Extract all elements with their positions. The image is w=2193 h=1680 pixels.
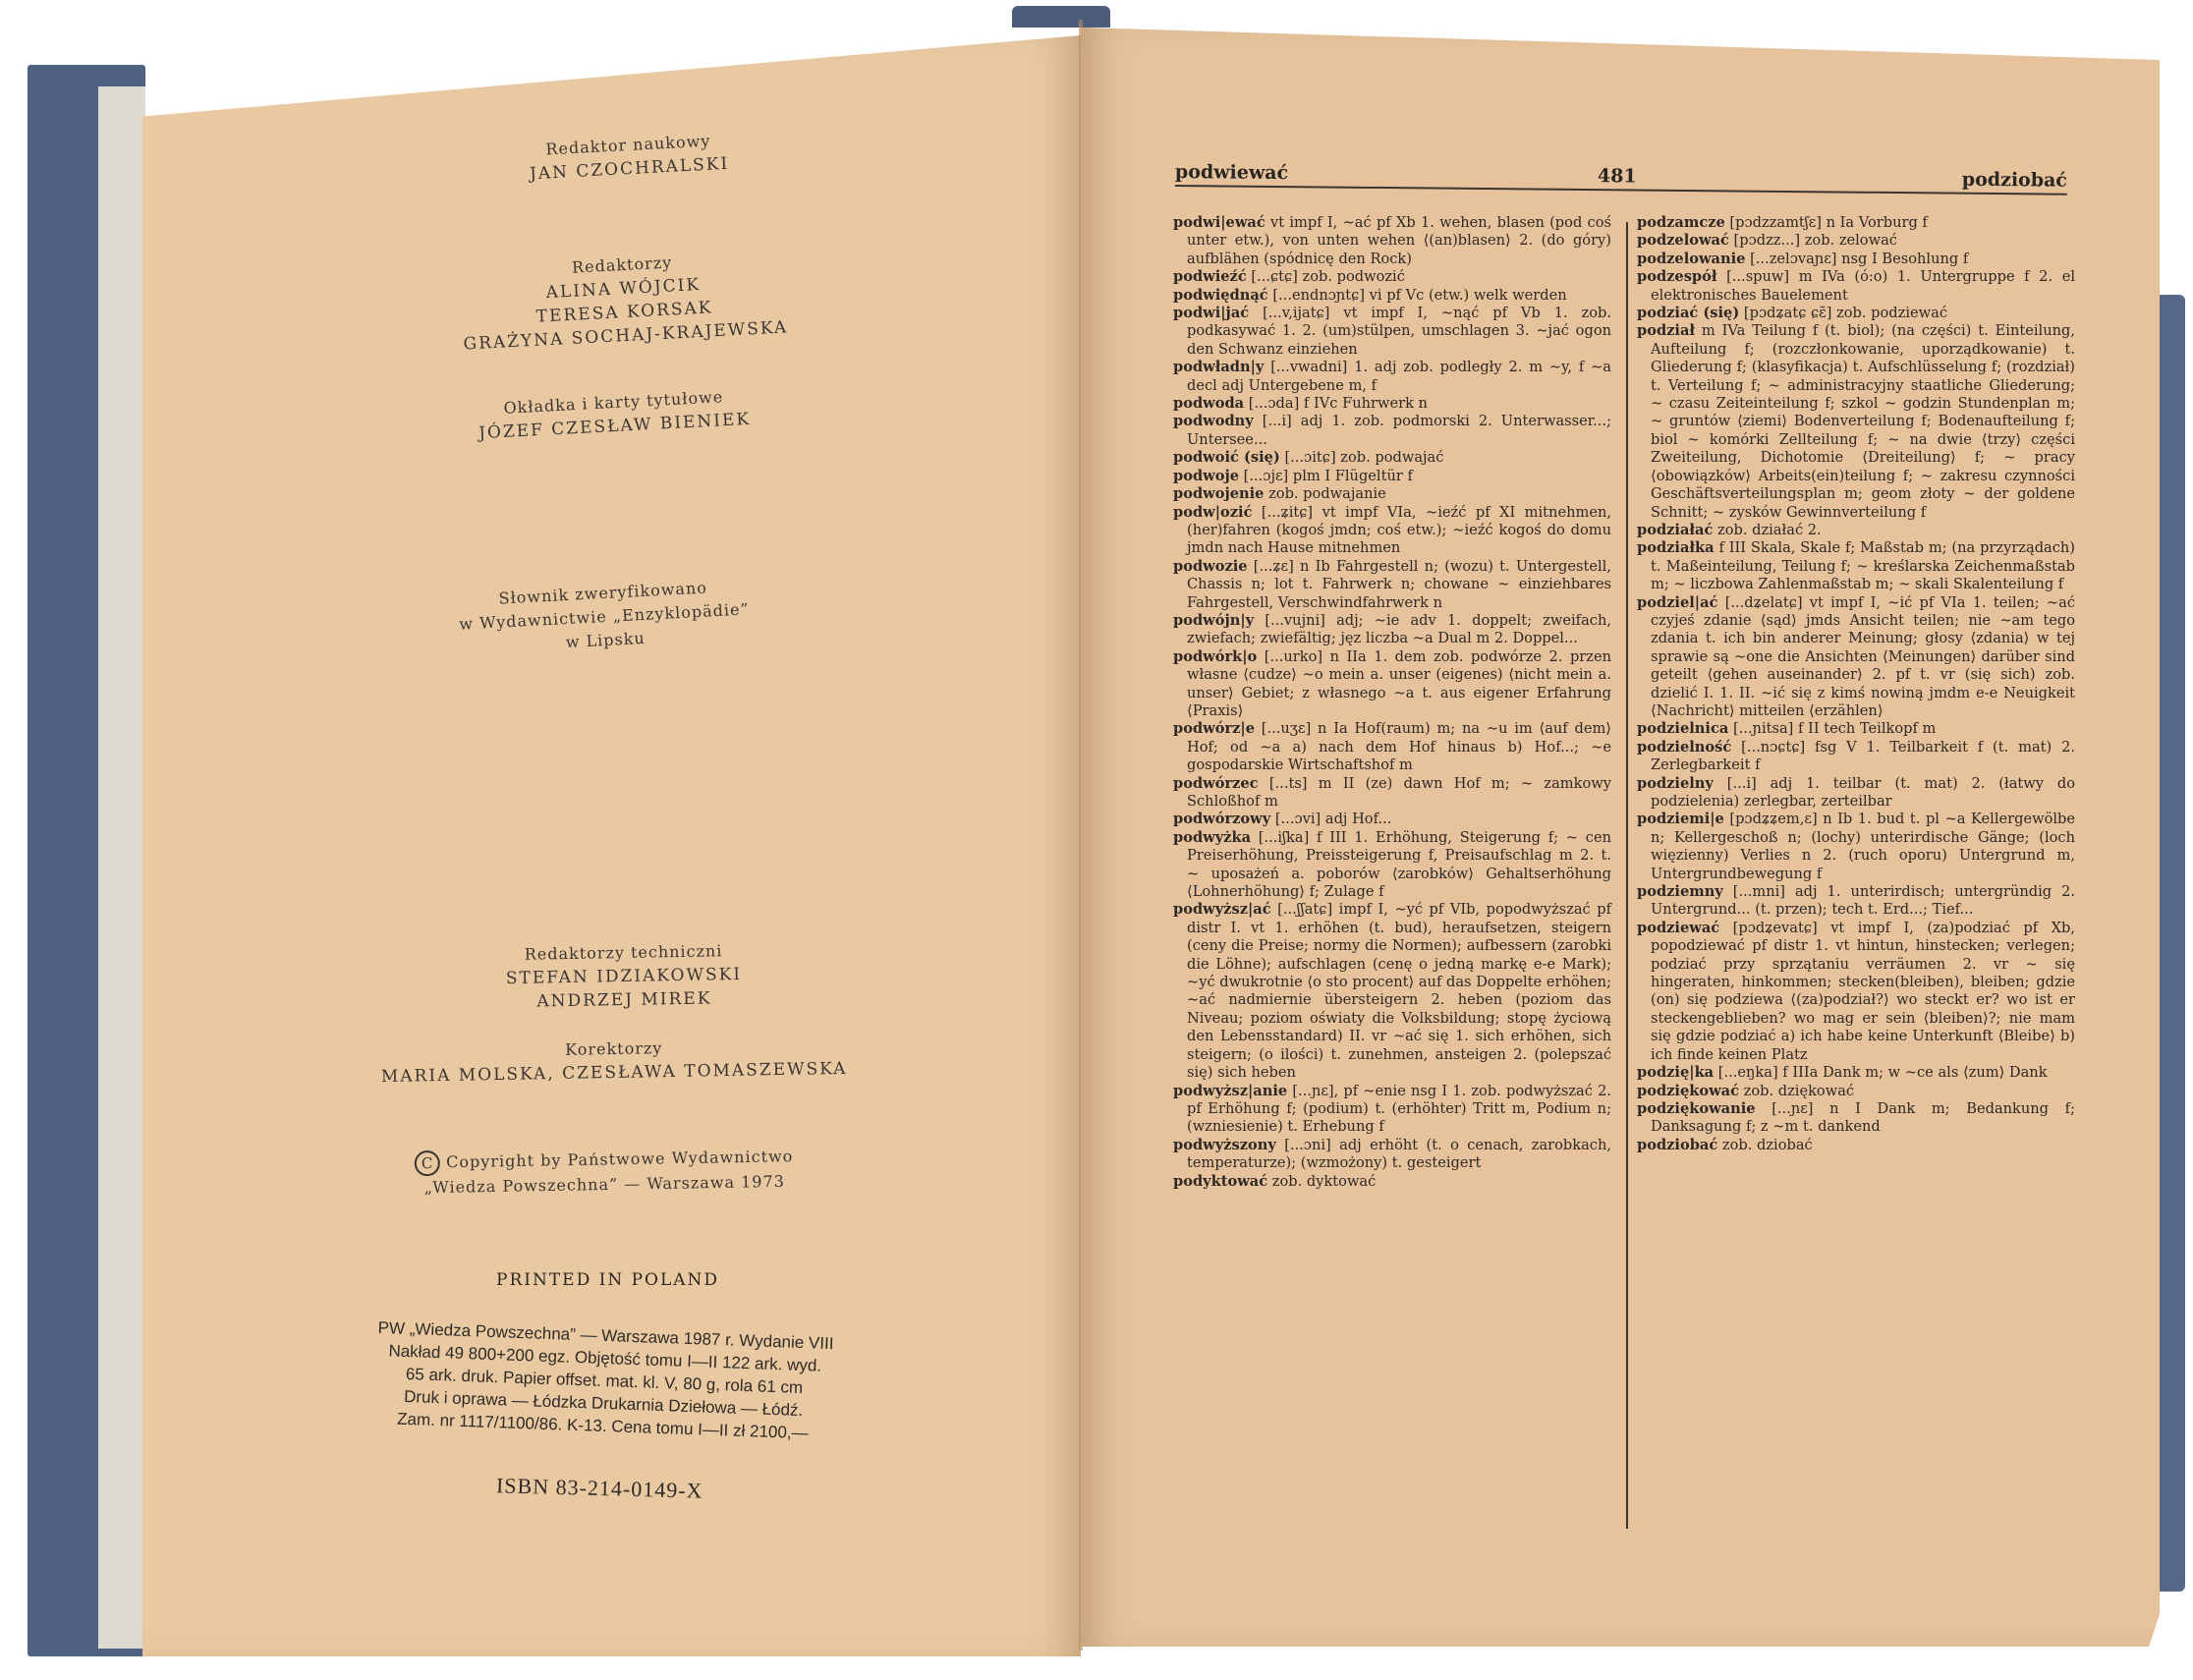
entry-headword: podziel|ać <box>1637 594 1717 611</box>
entry-headword: podwórk|o <box>1173 648 1257 665</box>
dictionary-entry: podwi|ewać vt impf I, ~ać pf Xb 1. wehen… <box>1173 214 1611 268</box>
copyright-block: CCopyright by Państwowe Wydawnictwo „Wie… <box>388 1144 821 1201</box>
entry-headword: podzię|ka <box>1637 1064 1714 1081</box>
dictionary-entry: podzamcze [pɔdzzamtʃɛ] n Ia Vorburg f <box>1637 214 2075 232</box>
entry-definition: [...ɔda] f IVc Fuhrwerk n <box>1244 395 1428 412</box>
page-number: 481 <box>1598 165 1637 187</box>
entry-headword: podzielny <box>1637 775 1714 792</box>
dictionary-entry: podziobać zob. dziobać <box>1637 1137 2075 1154</box>
entry-headword: podwoić (się) <box>1173 449 1280 466</box>
dictionary-entry: podwoić (się) [...ɔitɕ] zob. podwajać <box>1173 449 1611 467</box>
entry-headword: podwoda <box>1173 395 1244 412</box>
entry-definition: [...ɔitɕ] zob. podwajać <box>1280 449 1444 466</box>
technical-editors-block: Redaktorzy techniczni STEFAN IDZIAKOWSKI… <box>466 938 781 1015</box>
column-divider <box>1626 222 1628 1529</box>
entry-headword: podwyższ|anie <box>1173 1083 1287 1099</box>
entry-headword: podzielność <box>1637 739 1731 756</box>
entry-headword: podziobać <box>1637 1137 1717 1153</box>
dictionary-entry: podwórzowy [...ɔvi] adj Hof... <box>1173 811 1611 828</box>
dictionary-entry: podziemny [...mni] adj 1. unterirdisch; … <box>1637 883 2075 920</box>
entry-headword: podziałać <box>1637 522 1713 538</box>
entry-headword: podwórz|e <box>1173 720 1255 737</box>
scientific-editor-block: Redaktor naukowy JAN CZOCHRALSKI <box>480 126 777 189</box>
first-headword: podwiewać <box>1175 161 1288 184</box>
entry-headword: podzamcze <box>1637 214 1725 231</box>
entry-headword: podwyższony <box>1173 1137 1276 1153</box>
dictionary-entry: podwoda [...ɔda] f IVc Fuhrwerk n <box>1173 395 1611 413</box>
entry-definition: zob. dyktować <box>1267 1173 1376 1190</box>
entry-headword: podw|ozić <box>1173 504 1252 521</box>
editors-block: Redaktorzy ALINA WÓJCIK TERESA KORSAK GR… <box>425 244 822 359</box>
entry-headword: podzielnica <box>1637 720 1728 737</box>
dictionary-entry: podwieźć [...ɕtɕ] zob. podwozić <box>1173 268 1611 286</box>
entry-headword: podwojenie <box>1173 485 1264 502</box>
isbn: ISBN 83-214-0149-X <box>496 1473 703 1504</box>
entry-headword: podział <box>1637 322 1695 339</box>
entry-headword: podziękowanie <box>1637 1100 1756 1117</box>
dictionary-entry: podziać (się) [pɔdʑatɕ ɕɛ̃] zob. podziew… <box>1637 305 2075 322</box>
entry-headword: podyktować <box>1173 1173 1267 1190</box>
dictionary-entry: podwórzec [...ts] m II (ze) dawn Hof m; … <box>1173 775 1611 812</box>
entry-definition: [pɔdzzamtʃɛ] n Ia Vorburg f <box>1725 214 1928 231</box>
entry-headword: podwozie <box>1173 558 1248 575</box>
dictionary-entry: podział m IVa Teilung f (t. biol); (na c… <box>1637 322 2075 521</box>
entry-definition: [...ɔjɛ] plm I Flügeltür f <box>1239 468 1413 484</box>
cover-design-block: Okładka i karty tytułowe JÓZEF CZESŁAW B… <box>446 382 782 447</box>
entry-headword: podwórzowy <box>1173 811 1270 827</box>
entry-definition: zob. dziobać <box>1717 1137 1812 1153</box>
dictionary-entry: podziękowanie [...ɲɛ] n I Dank m; Bedank… <box>1637 1100 2075 1137</box>
last-headword: podziobać <box>1962 169 2067 192</box>
dictionary-entry: podzielny [...i] adj 1. teilbar (t. mat)… <box>1637 775 2075 812</box>
right-page: podwiewać 481 podziobać podwi|ewać vt im… <box>1081 28 2160 1647</box>
entry-headword: podziemi|e <box>1637 811 1724 827</box>
entry-definition: m IVa Teilung f (t. biol); (na części) t… <box>1651 322 2075 520</box>
dictionary-entry: podwładn|y [...vwadni] 1. adj zob. podle… <box>1173 359 1611 395</box>
dictionary-entry: podwyższ|anie [...ɲɛ], pf ~enie nsg I 1.… <box>1173 1083 1611 1137</box>
dictionary-entry: podzielność [...nɔɕtɕ] fsg V 1. Teilbark… <box>1637 739 2075 775</box>
entry-definition: [pɔdzz...] zob. zelować <box>1729 232 1897 249</box>
entry-headword: podwładn|y <box>1173 359 1264 375</box>
entry-headword: podzespół <box>1637 268 1716 285</box>
entry-headword: podzelowanie <box>1637 251 1745 267</box>
entry-definition: [...i] adj 1. teilbar (t. mat) 2. (łatwy… <box>1651 775 2075 810</box>
entry-headword: podwórzec <box>1173 775 1259 792</box>
colophon: PW „Wiedza Powszechna” — Warszawa 1987 r… <box>308 1315 901 1448</box>
entry-headword: podwiędnąć <box>1173 287 1268 304</box>
dictionary-entry: podzelowanie [...zelɔvaɲɛ] nsg I Besohlu… <box>1637 251 2075 268</box>
dictionary-entry: podyktować zob. dyktować <box>1173 1173 1611 1191</box>
entry-definition: zob. dziękować <box>1739 1083 1854 1099</box>
entry-definition: [...ɔvi] adj Hof... <box>1270 811 1391 827</box>
entry-definition: [pɔdʑatɕ ɕɛ̃] zob. podziewać <box>1739 305 1947 321</box>
entry-headword: podwoje <box>1173 468 1239 484</box>
dictionary-entry: podzię|ka [...eŋka] f IIIa Dank m; w ~ce… <box>1637 1064 2075 1082</box>
entry-definition: [...endnɔɲtɕ] vi pf Vc (etw.) welk werde… <box>1268 287 1567 304</box>
entry-headword: podwieźć <box>1173 268 1247 285</box>
entry-definition: [...zelɔvaɲɛ] nsg I Besohlung f <box>1745 251 1968 267</box>
entry-definition: [...dʑelatɕ] vt impf I, ~ić pf VIa 1. te… <box>1651 594 2075 719</box>
dictionary-entry: podwórk|o [...urko] n IIa 1. dem zob. po… <box>1173 648 1611 721</box>
dictionary-column-right: podzamcze [pɔdzzamtʃɛ] n Ia Vorburg fpod… <box>1637 214 2075 1154</box>
dictionary-entry: podw|ozić [...ʑitɕ] vt impf VIa, ~ieźć p… <box>1173 504 1611 558</box>
entry-definition: [pɔdʑevatɕ] vt impf I, (za)podziać pf Xb… <box>1651 920 2075 1063</box>
entry-headword: podwyżka <box>1173 829 1251 846</box>
entry-headword: podwodny <box>1173 413 1254 429</box>
entry-headword: podwi|ewać <box>1173 214 1265 231</box>
entry-headword: podziałka <box>1637 539 1715 556</box>
entry-definition: f III Skala, Skale f; Maßstab m; (na prz… <box>1651 539 2075 592</box>
copyright-line: Copyright by Państwowe Wydawnictwo <box>446 1147 793 1171</box>
entry-headword: podziać (się) <box>1637 305 1739 321</box>
entry-definition: [...ɲitsa] f II tech Teilkopf m <box>1728 720 1936 737</box>
dictionary-entry: podwójn|y [...vujni] adj; ~ie adv 1. dop… <box>1173 612 1611 648</box>
dictionary-entry: podwiędnąć [...endnɔɲtɕ] vi pf Vc (etw.)… <box>1173 287 1611 305</box>
entry-definition: [...eŋka] f IIIa Dank m; w ~ce als ⟨zum⟩… <box>1714 1064 2047 1081</box>
dictionary-column-left: podwi|ewać vt impf I, ~ać pf Xb 1. wehen… <box>1173 214 1611 1191</box>
imprint-page: Redaktor naukowy JAN CZOCHRALSKI Redakto… <box>142 35 1081 1656</box>
dictionary-entry: podziałać zob. działać 2. <box>1637 522 2075 539</box>
dictionary-entry: podziękować zob. dziękować <box>1637 1083 2075 1100</box>
entry-headword: podziemny <box>1637 883 1723 900</box>
entry-headword: podziewać <box>1637 920 1719 936</box>
entry-headword: podzelować <box>1637 232 1729 249</box>
dictionary-entry: podziemi|e [pɔdʑʑem,ɛ] n Ib 1. bud t. pl… <box>1637 811 2075 883</box>
running-header: podwiewać 481 podziobać <box>1175 151 2067 196</box>
left-page: Redaktor naukowy JAN CZOCHRALSKI Redakto… <box>142 35 1081 1656</box>
entry-definition: [...ʑɛ] n Ib Fahrgestell n; (wozu) t. Un… <box>1187 558 1611 611</box>
dictionary-entry: podwi|jać [...v,ijatɕ] vt impf I, ~nąć p… <box>1173 305 1611 359</box>
dictionary-entry: podwyżka [...iʃka] f III 1. Erhöhung, St… <box>1173 829 1611 902</box>
verification-note: Słownik zweryfikowano w Wydawnictwie „En… <box>435 573 772 661</box>
printed-in-label: PRINTED IN POLAND <box>496 1270 719 1290</box>
entry-headword: podwi|jać <box>1173 305 1249 321</box>
dictionary-entry: podzelować [pɔdzz...] zob. zelować <box>1637 232 2075 250</box>
proofreaders-block: Korektorzy MARIA MOLSKA, CZESŁAWA TOMASZ… <box>339 1033 890 1090</box>
entry-headword: podziękować <box>1637 1083 1739 1099</box>
endpaper <box>98 86 145 1649</box>
entry-definition: [...iʃka] f III 1. Erhöhung, Steigerung … <box>1187 829 1611 900</box>
dictionary-entry: podwozie [...ʑɛ] n Ib Fahrgestell n; (wo… <box>1173 558 1611 612</box>
dictionary-entry: podwórz|e [...uʒɛ] n Ia Hof(raum) m; na … <box>1173 720 1611 774</box>
dictionary-entry: podwoje [...ɔjɛ] plm I Flügeltür f <box>1173 468 1611 485</box>
entry-headword: podwójn|y <box>1173 612 1254 629</box>
dictionary-entry: podwojenie zob. podwajanie <box>1173 485 1611 503</box>
entry-definition: zob. działać 2. <box>1713 522 1821 538</box>
entry-definition: zob. podwajanie <box>1264 485 1385 502</box>
dictionary-entry: podziałka f III Skala, Skale f; Maßstab … <box>1637 539 2075 593</box>
dictionary-entry: podziewać [pɔdʑevatɕ] vt impf I, (za)pod… <box>1637 920 2075 1064</box>
copyright-icon: C <box>415 1150 440 1176</box>
entry-headword: podwyższ|ać <box>1173 901 1271 918</box>
dictionary-entry: podzespół [...spuw] m IVa (ó:o) 1. Unter… <box>1637 268 2075 305</box>
dictionary-entry: podwyższ|ać [...ʃʃatɕ] impf I, ~yć pf VI… <box>1173 901 1611 1082</box>
dictionary-entry: podziel|ać [...dʑelatɕ] vt impf I, ~ić p… <box>1637 594 2075 721</box>
dictionary-entry: podwodny [...i] adj 1. zob. podmorski 2.… <box>1173 413 1611 449</box>
entry-definition: [...v,ijatɕ] vt impf I, ~nąć pf Vb 1. zo… <box>1187 305 1611 358</box>
dictionary-entry: podwyższony [...ɔni] adj erhöht (t. o ce… <box>1173 1137 1611 1173</box>
book-cover-top-edge <box>1012 6 1110 28</box>
entry-definition: [...ʃʃatɕ] impf I, ~yć pf VIb, popodwyżs… <box>1187 901 1611 1081</box>
dictionary-entry: podzielnica [...ɲitsa] f II tech Teilkop… <box>1637 720 2075 738</box>
entry-definition: [...ɕtɕ] zob. podwozić <box>1247 268 1405 285</box>
